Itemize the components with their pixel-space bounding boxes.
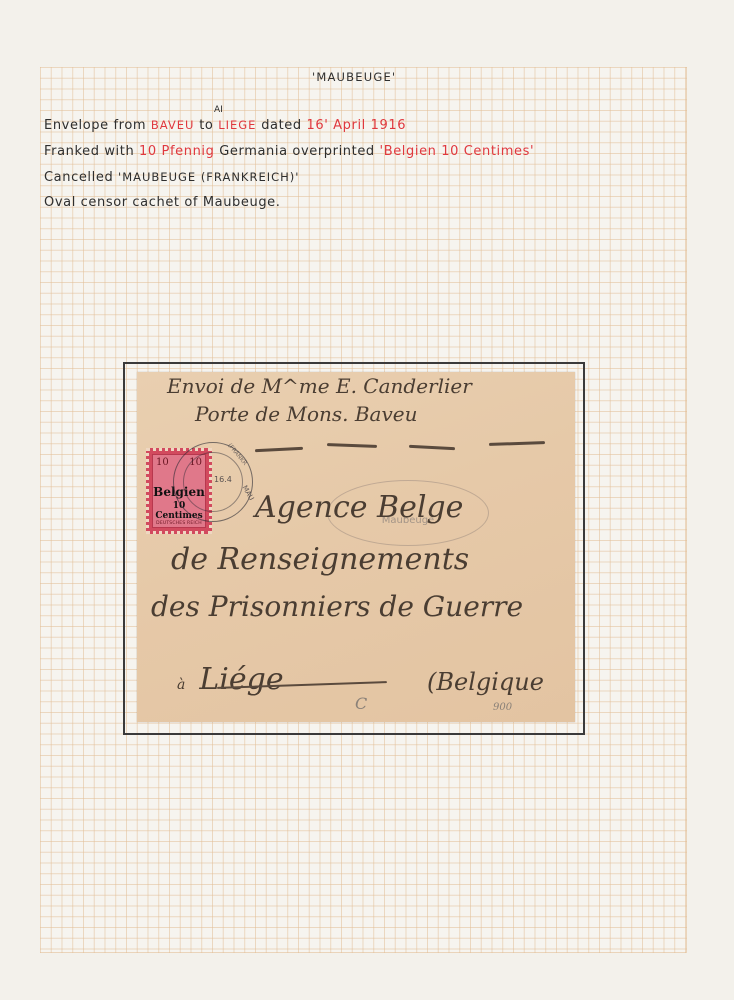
address-line-4: àLiége xyxy=(177,662,284,697)
address-prefix: à xyxy=(177,677,185,693)
note-text: Oval censor cachet of Maubeuge. xyxy=(44,195,281,210)
postmark-inner-ring xyxy=(183,452,243,512)
flourish xyxy=(327,443,377,448)
note-line-4: Oval censor cachet of Maubeuge. xyxy=(44,195,281,210)
pencil-note-c: C xyxy=(355,694,367,713)
album-page: 'MAUBEUGE' AI Envelope from BAVEU to LIE… xyxy=(0,0,734,1000)
note-text: Franked with xyxy=(44,144,134,159)
envelope: Envoi de M^me E. Canderlier Porte de Mon… xyxy=(137,372,575,722)
postmark-town: MAU xyxy=(241,484,256,502)
page-title: 'MAUBEUGE' xyxy=(312,70,396,84)
overprint-text: 'Belgien 10 Centimes' xyxy=(380,144,535,159)
stamp-denomination: 10 Pfennig xyxy=(139,144,214,159)
address-country: (Belgique xyxy=(427,668,544,696)
origin-correction: AI xyxy=(214,105,223,115)
pencil-note-price: 900 xyxy=(493,702,512,713)
sender-line-2: Porte de Mons. Baveu xyxy=(195,402,418,426)
note-line-1: Envelope from BAVEU to LIEGE dated 16' A… xyxy=(44,118,406,133)
stamp-value-left: 10 xyxy=(156,457,169,468)
address-line-1: Agence Belge xyxy=(255,490,463,525)
sender-line-1: Envoi de M^me E. Canderlier xyxy=(167,374,472,398)
flourish xyxy=(255,447,303,453)
address-city: Liége xyxy=(199,662,283,697)
postmark-date: 16.4 xyxy=(214,475,232,484)
stamp-footer: DEUTSCHES REICH xyxy=(153,521,205,526)
note-line-2: Franked with 10 Pfennig Germania overpri… xyxy=(44,144,534,159)
address-line-3: des Prisonniers de Guerre xyxy=(151,590,523,623)
note-text: Envelope from xyxy=(44,118,146,133)
note-text: to xyxy=(199,118,213,133)
origin-town: BAVEU xyxy=(151,118,195,132)
cancel-text: 'MAUBEUGE (FRANKREICH)' xyxy=(118,170,299,184)
flourish xyxy=(409,445,455,450)
note-text: Cancelled xyxy=(44,170,113,185)
destination-town: LIEGE xyxy=(218,118,256,132)
postmark: 16.4 MAU (FRANKR xyxy=(173,442,253,522)
address-line-2: de Renseignements xyxy=(171,542,469,577)
note-text: Germania overprinted xyxy=(219,144,375,159)
note-text: dated xyxy=(261,118,302,133)
date-text: 16' April 1916 xyxy=(307,118,407,133)
flourish xyxy=(489,441,545,446)
note-line-3: Cancelled 'MAUBEUGE (FRANKREICH)' xyxy=(44,170,299,185)
